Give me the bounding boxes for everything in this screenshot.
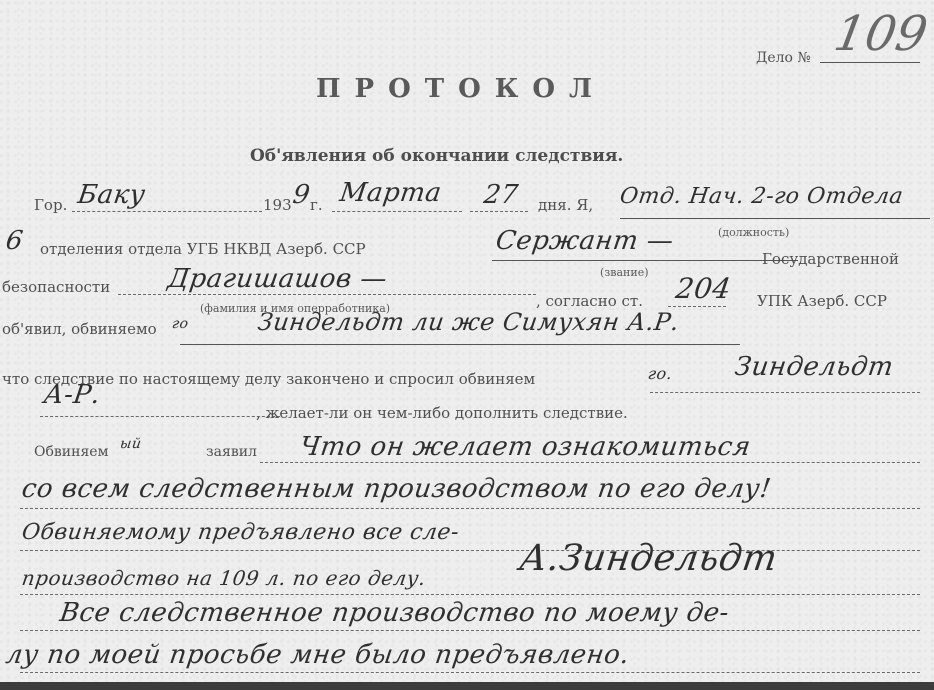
closing-line-2-text: лу по моей просьбе мне было предъявлено. [4,640,631,670]
wish-text: , желает-ли он чем-либо дополнить следст… [256,404,628,422]
statement-line-2-text: со всем следственным производством по ег… [20,474,773,504]
year-prefix: 193 [263,196,292,214]
officer-name-line [118,294,536,295]
statement-line-4 [20,594,920,595]
accused-line [180,344,740,345]
statement-line-3-text: Обвиняемому предъявлено все сле- [20,520,460,545]
rank-line [492,260,798,261]
month-line [332,211,462,212]
case-number-line [820,62,920,63]
dept-number-value: 6 [4,226,25,256]
accused-stated-label: Обвиняем [34,444,108,460]
rank-value: Сержант — [494,226,676,256]
document-page: Дело № 109 ПРОТОКОЛ Об'явления об оконча… [0,0,934,682]
year-suffix: г. [310,196,323,214]
article-line [668,306,726,307]
scan-bottom-edge [0,682,934,690]
statement-line-3 [20,550,920,551]
announced-label: об'явил, обвиняемо [2,320,157,338]
accused-value: Зиндельдт ли же Симухян А.Р. [256,308,681,336]
position-line [620,218,930,219]
city-label: Гор. [34,196,67,214]
completed-suffix: го. [647,364,674,383]
city-value: Баку [76,180,147,210]
statement-line-2 [20,508,920,509]
day-value: 27 [482,180,520,210]
day-label: дня. Я, [538,196,593,214]
city-line [72,211,262,212]
accused-stated-suffix: ый [119,436,143,452]
accused-short-value: Зиндельдт [733,352,895,382]
rank-caption: (звание) [600,266,649,279]
year-digit: 9 [291,180,312,210]
month-value: Марта [338,178,444,208]
dept-text: отделения отдела УГБ НКВД Азерб. ССР [40,240,366,258]
signature: А.Зиндельдт [517,538,780,579]
article-value: 204 [674,272,734,305]
statement-line-1 [260,462,920,463]
officer-name-value: Драгишашов — [166,264,389,294]
page-subtitle: Об'явления об окончании следствия. [250,146,623,166]
accused-short-line [650,392,920,393]
statement-line-1-text: Что он желает ознакомиться [298,432,753,462]
position-caption: (должность) [718,226,789,239]
announced-suffix: го [171,316,190,332]
case-number-value: 109 [830,6,931,62]
day-line [470,211,528,212]
initials-line [40,416,280,417]
statement-line-4-text: производство на 109 л. по его делу. [20,566,427,590]
closing-line-1-text: Все следственное производство по моему д… [58,598,731,628]
stated-label: заявил [206,444,257,460]
position-value: Отд. Нач. 2-го Отдела [618,184,905,209]
page-title: ПРОТОКОЛ [316,74,606,104]
article-suffix: УПК Азерб. ССР [757,292,887,310]
case-number-label: Дело № [756,50,811,66]
security-label: безопасности [2,278,110,296]
closing-line-2 [20,672,920,673]
closing-line-1 [20,630,920,631]
gos-label: Государственной [762,250,899,268]
initials-value: А-Р. [42,380,102,410]
